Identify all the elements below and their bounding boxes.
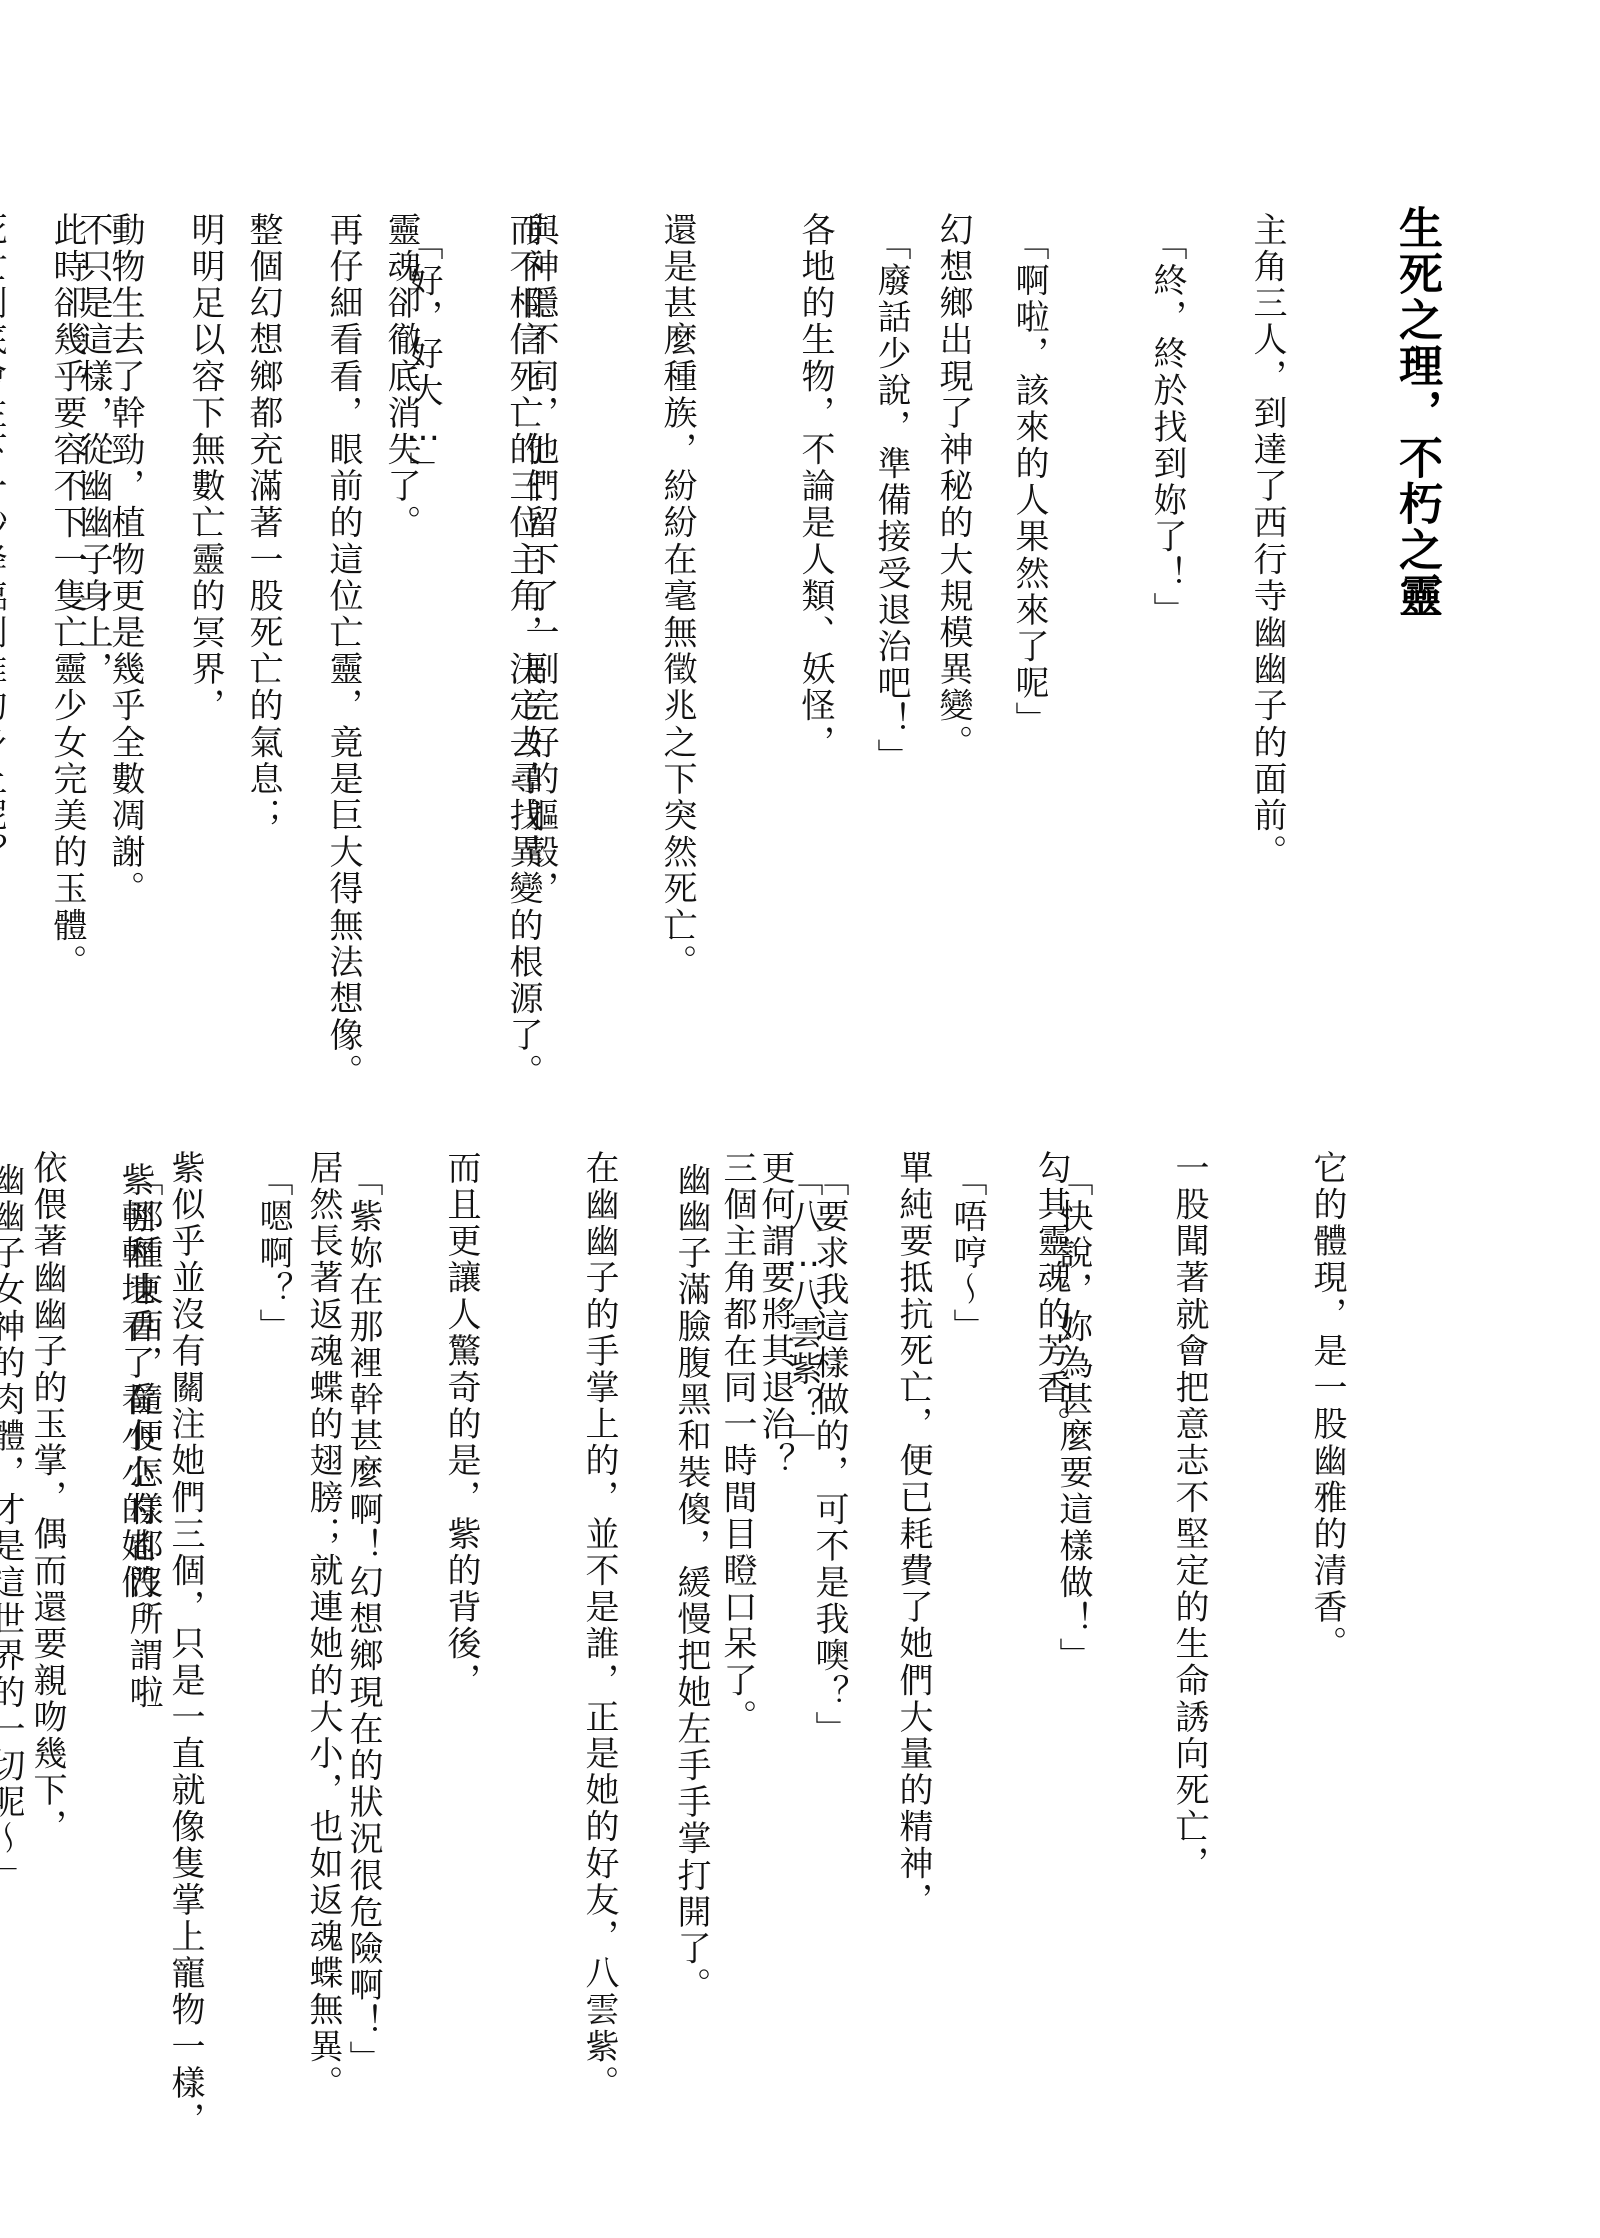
text-line: 它的體現，是一股幽雅的清香。 [1304, 1150, 1350, 1919]
dialogue-line: 幽幽子女神的肉體，才是這世界的一切呢～」 [0, 1162, 28, 1894]
text-line: 各地的生物，不論是人類、妖怪， [792, 212, 838, 981]
document-page: 生死之理，不朽之靈 主角三人，到達了西行寺幽幽子的面前。 「終，終於找到妳了！」… [0, 0, 1600, 2238]
page-title: 生死之理，不朽之靈 [1388, 205, 1444, 619]
paragraph-yukari-devotion: 「那種東西，隨便怎樣都沒所謂啦 幽幽子女神的肉體，才是這世界的一切呢～」 說畢，… [0, 1162, 258, 1894]
text-line: 不只是這樣，從幽幽子身上， [70, 212, 116, 688]
text-line: 三個主角都在同一時間目瞪口呆了。 [714, 1150, 760, 2138]
dialogue-line: 「唔哼～」 [944, 1162, 990, 2004]
text-line: 幻想鄉出現了神秘的大規模異變。 [930, 212, 976, 981]
dialogue-line: 「終，終於找到妳了！」 [1144, 226, 1190, 775]
paragraph-death-aura: 不只是這樣，從幽幽子身上， 散發出非常強力的死亡氣息。 [0, 212, 208, 688]
text-line: 再仔細看看，眼前的這位亡靈，竟是巨大得無法想像。 [320, 212, 366, 1090]
text-line: 在幽幽子的手掌上的，並不是誰，正是她的好友，八雲紫。 [576, 1150, 622, 2138]
text-line: 還是甚麼種族，紛紛在毫無徵兆之下突然死亡。 [654, 212, 700, 981]
dialogue-line: 「那種東西，隨便怎樣都沒所謂啦 [120, 1162, 166, 1894]
